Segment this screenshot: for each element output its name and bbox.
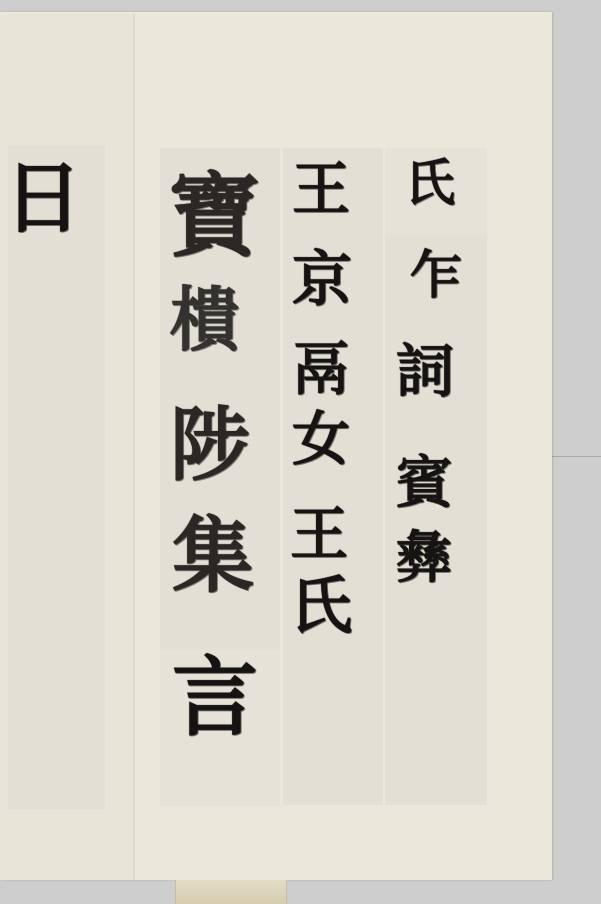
inscription-char: 王 [290,505,348,563]
inscription-char: 集 [172,515,254,597]
rubbing-panel-left [8,145,105,810]
inscription-char: 氏 [290,575,352,637]
background-divider-line [552,456,601,457]
inscription-char: 日 [4,160,82,238]
inscription-char: 寶 [168,170,260,262]
inscription-char: 乍 [410,250,462,302]
inscription-char: 賓 [396,455,452,511]
rubbing-panel-col-1-lower [385,236,487,805]
inscription-char: 彝 [396,530,452,586]
inscription-char: 鬲 [292,340,350,398]
inscription-char: 京 [292,250,352,310]
page-fold [133,14,135,880]
inscription-char: 王 [292,160,350,218]
inscription-char: 詞 [396,342,454,400]
inscription-char: 樻 [170,285,240,355]
inscription-char: 言 [172,655,258,741]
inscription-char: 氏 [405,158,455,208]
inscription-char: 女 [292,410,350,468]
inscription-char: 陟 [170,405,250,485]
page-tab [175,880,287,904]
